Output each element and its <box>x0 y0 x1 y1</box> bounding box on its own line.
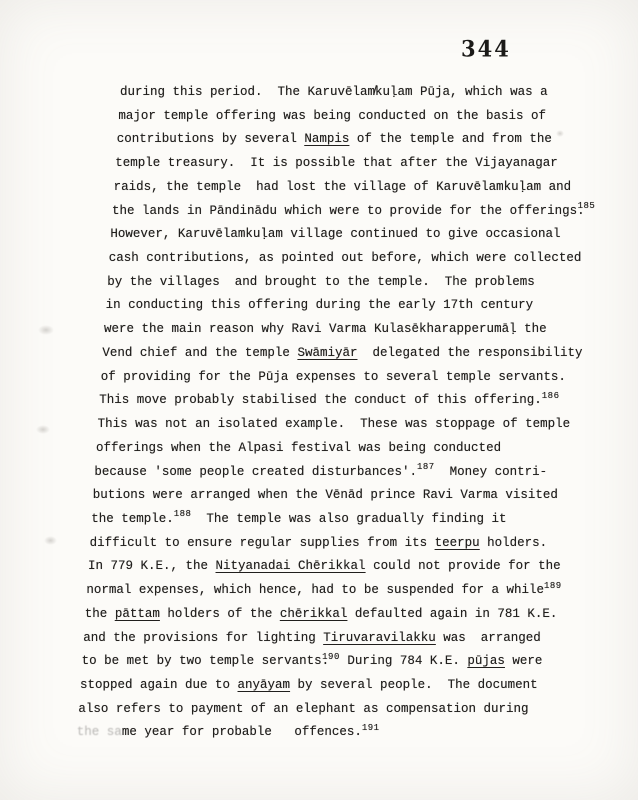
text-line: Vend chief and the temple Swāmiyār deleg… <box>102 342 638 366</box>
text-segment: during this period. The Karuvēlam̸kuḷam … <box>120 85 548 99</box>
text-segment: cash contributions, as pointed out befor… <box>109 251 582 265</box>
text-line: the pāttam holders of the chērikkal defa… <box>85 603 638 627</box>
text-segment: defaulted again in 781 K.E. <box>347 607 557 621</box>
text-line: major temple offering was being conducte… <box>118 105 638 129</box>
text-segment: the <box>85 607 115 621</box>
text-segment: normal expenses, which hence, had to be … <box>86 583 544 597</box>
text-segment: butions were arranged when the Vēnād pri… <box>93 488 558 502</box>
text-segment: the lands in Pāndinādu which were to pro… <box>112 204 585 218</box>
text-segment: to be met by two temple servants. <box>82 654 330 668</box>
text-segment: major temple offering was being conducte… <box>118 109 546 123</box>
text-line: by the villages and brought to the templ… <box>107 271 638 295</box>
underlined-term: pūjas <box>467 654 505 668</box>
text-segment: contributions by several <box>117 132 305 146</box>
underlined-term: Tiruvaravilakku <box>323 631 436 645</box>
text-segment: because 'some people created disturbance… <box>94 465 417 479</box>
text-line: raids, the temple had lost the village o… <box>114 176 638 200</box>
underlined-term: chērikkal <box>280 607 348 621</box>
underlined-term: pāttam <box>115 607 160 621</box>
underlined-term: anyāyam <box>238 678 291 692</box>
text-line: also refers to payment of an elephant as… <box>78 698 638 722</box>
text-segment: the temple. <box>91 512 174 526</box>
footnote-ref: 190 <box>322 646 340 670</box>
text-segment: delegated the responsibility <box>357 346 582 360</box>
scan-smudge <box>38 325 54 335</box>
scan-smudge <box>556 130 564 137</box>
text-block: during this period. The Karuvēlam̸kuḷam … <box>0 81 638 745</box>
text-line: temple treasury. It is possible that aft… <box>115 152 638 176</box>
text-segment: The temple was also gradually finding it <box>191 512 506 526</box>
text-line: were the main reason why Ravi Varma Kula… <box>104 318 638 342</box>
text-line: the same year for probable offences.191 <box>77 721 638 745</box>
text-line: difficult to ensure regular supplies fro… <box>90 532 638 556</box>
text-line: in conducting this offering during the e… <box>106 294 638 318</box>
text-line: and the provisions for lighting Tiruvara… <box>83 627 638 651</box>
text-line: because 'some people created disturbance… <box>94 461 638 485</box>
scan-smudge <box>44 536 57 545</box>
underlined-term: Nampis <box>304 132 349 146</box>
text-segment: was arranged <box>436 631 541 645</box>
text-segment: stopped again due to <box>80 678 238 692</box>
text-segment: This was not an isolated example. These … <box>98 417 571 431</box>
text-segment: could not provide for the <box>366 559 561 573</box>
text-segment: by several people. The document <box>290 678 538 692</box>
text-line: This move probably stabilised the conduc… <box>99 389 638 413</box>
text-line: stopped again due to anyāyam by several … <box>80 674 638 698</box>
text-segment: holders of the <box>160 607 280 621</box>
footnote-ref: 188 <box>174 503 192 527</box>
underlined-term: Nityanadai Chērikkal <box>216 559 366 573</box>
text-line: during this period. The Karuvēlam̸kuḷam … <box>120 81 638 105</box>
footnote-ref: 187 <box>417 456 435 480</box>
text-segment: holders. <box>480 536 548 550</box>
text-segment: the sa <box>77 725 122 739</box>
text-segment: During 784 K.E. <box>340 654 468 668</box>
text-line: offerings when the Alpasi festival was b… <box>96 437 638 461</box>
text-line: However, Karuvēlamkuḷam village continue… <box>110 223 638 247</box>
text-segment: difficult to ensure regular supplies fro… <box>90 536 435 550</box>
footnote-ref: 186 <box>542 385 560 409</box>
text-segment: In 779 K.E., the <box>88 559 216 573</box>
scan-smudge <box>36 425 50 434</box>
text-line: the temple.188 The temple was also gradu… <box>91 508 638 532</box>
text-segment: This move probably stabilised the conduc… <box>99 393 542 407</box>
text-segment: and the provisions for lighting <box>83 631 323 645</box>
page-number: 344 <box>461 35 511 61</box>
text-segment: offerings when the Alpasi festival was b… <box>96 441 501 455</box>
underlined-term: teerpu <box>435 536 480 550</box>
text-segment: Vend chief and the temple <box>102 346 297 360</box>
text-segment: of the temple and from the <box>349 132 552 146</box>
text-segment: raids, the temple had lost the village o… <box>114 180 572 194</box>
text-line: the lands in Pāndinādu which were to pro… <box>112 200 638 224</box>
text-line: This was not an isolated example. These … <box>98 413 638 437</box>
text-segment: Money contri- <box>435 465 548 479</box>
text-segment: were <box>505 654 543 668</box>
scanned-document-page: 344 during this period. The Karuvēlam̸ku… <box>0 0 638 800</box>
text-line: normal expenses, which hence, had to be … <box>86 579 638 603</box>
text-segment: However, Karuvēlamkuḷam village continue… <box>110 227 560 241</box>
text-segment: by the villages and brought to the templ… <box>107 275 535 289</box>
underlined-term: Swāmiyār <box>297 346 357 360</box>
footnote-ref: 185 <box>578 195 596 219</box>
footnote-ref: 189 <box>544 575 562 599</box>
footnote-ref: 191 <box>362 717 380 741</box>
text-segment: temple treasury. It is possible that aft… <box>115 156 558 170</box>
text-segment: also refers to payment of an elephant as… <box>78 702 528 716</box>
text-line: cash contributions, as pointed out befor… <box>109 247 638 271</box>
text-line: to be met by two temple servants.190 Dur… <box>82 650 638 674</box>
text-segment: in conducting this offering during the e… <box>106 298 534 312</box>
text-segment: of providing for the Pūja expenses to se… <box>101 370 566 384</box>
text-segment: were the main reason why Ravi Varma Kula… <box>104 322 547 336</box>
text-segment: me year for probable offences. <box>122 725 362 739</box>
